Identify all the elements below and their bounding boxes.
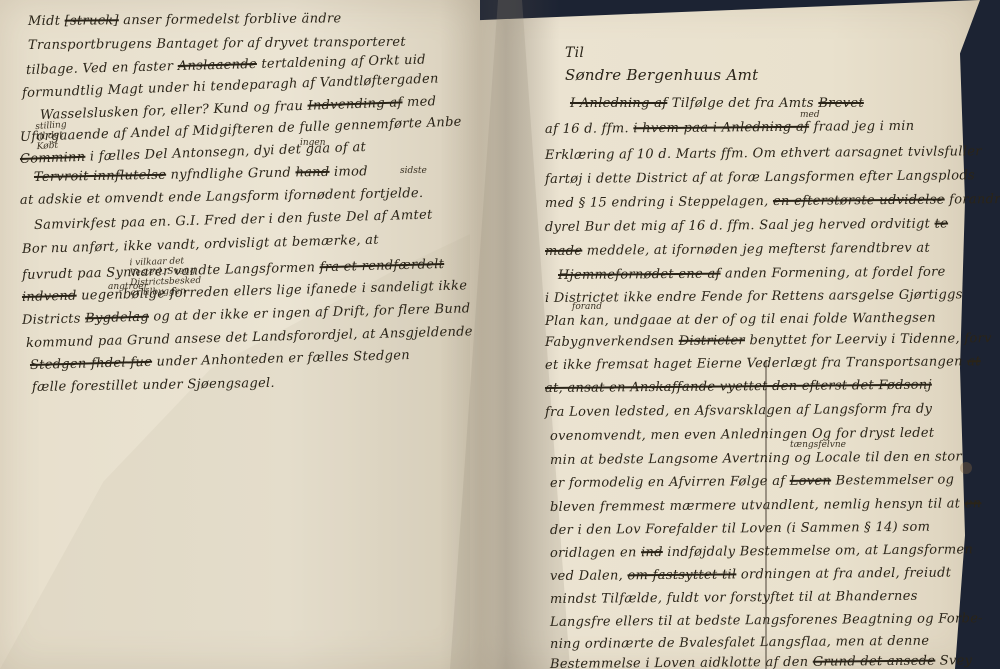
addressee: Søndre Bergenhuus Amt <box>565 66 758 84</box>
text-line: mindst Tilfælde, fuldt vor forstyftet ti… <box>550 589 918 607</box>
text-line: Bestemmelse i Loven aidklotte af den Gru… <box>550 653 972 669</box>
manuscript-spread: Midt [struck] anser formedelst forblive … <box>0 0 1000 669</box>
text-line: I Anledning af Tilfølge det fra Amts Bre… <box>570 96 864 111</box>
salutation: Til <box>565 45 584 61</box>
text-line: Midt [struck] anser formedelst forblive … <box>28 11 342 29</box>
insertion: med <box>800 110 820 120</box>
insertion: forand <box>572 302 602 312</box>
insertion: ingen <box>300 138 326 148</box>
insertion: sidste <box>400 166 427 176</box>
insertion: tængsfelvne <box>790 440 846 450</box>
